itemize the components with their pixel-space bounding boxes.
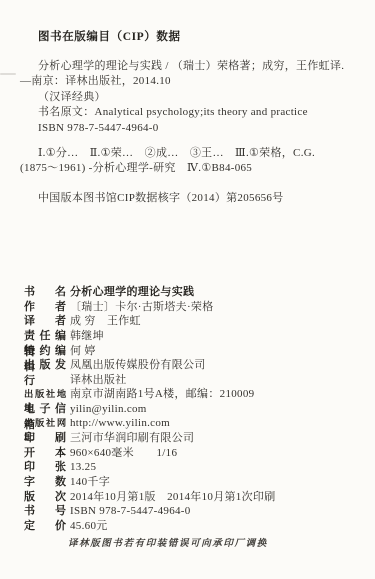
detail-value: 凤凰出版传媒股份有限公司 <box>70 356 206 372</box>
cip-section: 图书在版编目（CIP）数据 分析心理学的理论与实践 / （瑞士）荣格著；成穷，王… <box>20 28 359 206</box>
detail-label: 书名 <box>24 283 66 299</box>
detail-label: 出版发行 <box>24 356 66 388</box>
detail-row: 特约编辑 何 婷 <box>0 342 375 357</box>
cip-classification-line-1: Ⅰ.①分… Ⅱ.①荣… ②成… ③王… Ⅲ.①荣格，C.G. <box>20 146 359 161</box>
detail-row: 出版社地址 南京市湖南路1号A楼，邮编：210009 <box>0 385 375 400</box>
detail-value: 何 婷 <box>70 342 96 358</box>
detail-value: 韩继坤 <box>70 327 104 343</box>
detail-label: 书号 <box>24 502 66 518</box>
detail-row: 版次 2014年10月第1版 2014年10月第1次印刷 <box>0 488 375 503</box>
cip-isbn-line: ISBN 978-7-5447-4964-0 <box>20 121 359 136</box>
detail-value: 960×640毫米 1/16 <box>70 444 177 460</box>
detail-label: 字数 <box>24 473 66 489</box>
detail-row: 出版社网址 http://www.yilin.com <box>0 415 375 430</box>
detail-value: 南京市湖南路1号A楼，邮编：210009 <box>70 385 254 401</box>
detail-row: 开本 960×640毫米 1/16 <box>0 444 375 459</box>
publication-details: 书名 分析心理学的理论与实践 作者 〔瑞士〕卡尔·古斯塔夫·荣格 译者 成 穷 … <box>0 283 375 531</box>
detail-label: 作者 <box>24 298 66 314</box>
reprint-notice: 译林版图书若有印装错误可向承印厂调换 <box>68 535 375 549</box>
detail-value: 译林出版社 <box>70 371 127 387</box>
cip-record-line: 中国版本图书馆CIP数据核字（2014）第205656号 <box>20 191 359 206</box>
detail-label: 印张 <box>24 458 66 474</box>
detail-value: 〔瑞士〕卡尔·古斯塔夫·荣格 <box>70 298 214 314</box>
cip-original-title-line: 书名原文：Analytical psychology;its theory an… <box>20 105 359 120</box>
cip-body: 分析心理学的理论与实践 / （瑞士）荣格著；成穷，王作虹译. —南京：译林出版社… <box>20 59 359 206</box>
cip-classification-line-2: (1875～1961) -分析心理学-研究 Ⅳ.①B84-065 <box>20 161 359 176</box>
detail-value: http://www.yilin.com <box>70 417 170 429</box>
detail-value: 2014年10月第1版 2014年10月第1次印刷 <box>70 488 276 504</box>
cip-series-line: （汉译经典） <box>20 90 359 105</box>
detail-row: 字数 140千字 <box>0 473 375 488</box>
detail-row: 印刷 三河市华润印刷有限公司 <box>0 429 375 444</box>
detail-value: 140千字 <box>70 473 110 489</box>
detail-value: ISBN 978-7-5447-4964-0 <box>70 505 191 517</box>
detail-label: 定价 <box>24 517 66 533</box>
detail-value: 三河市华润印刷有限公司 <box>70 429 194 445</box>
detail-value: 分析心理学的理论与实践 <box>70 283 194 299</box>
detail-value: yilin@yilin.com <box>70 403 147 415</box>
detail-row: 定价 45.60元 <box>0 517 375 532</box>
detail-row: 书名 分析心理学的理论与实践 <box>0 283 375 298</box>
detail-row: 责任编辑 韩继坤 <box>0 327 375 342</box>
detail-label: 开本 <box>24 444 66 460</box>
detail-row: 印张 13.25 <box>0 458 375 473</box>
cip-header: 图书在版编目（CIP）数据 <box>38 28 359 44</box>
detail-row: 作者 〔瑞士〕卡尔·古斯塔夫·荣格 <box>0 298 375 313</box>
detail-row: 书号 ISBN 978-7-5447-4964-0 <box>0 502 375 517</box>
scan-artifact <box>0 73 16 75</box>
copyright-page: 图书在版编目（CIP）数据 分析心理学的理论与实践 / （瑞士）荣格著；成穷，王… <box>0 0 375 579</box>
detail-row: 出版发行 凤凰出版传媒股份有限公司 <box>0 356 375 371</box>
detail-row: 译者 成 穷 王作虹 <box>0 312 375 327</box>
detail-label: 印刷 <box>24 429 66 445</box>
detail-label: 版次 <box>24 488 66 504</box>
detail-value: 45.60元 <box>70 517 108 533</box>
cip-pub-line: —南京：译林出版社，2014.10 <box>20 74 359 89</box>
detail-label: 译者 <box>24 312 66 328</box>
detail-value: 成 穷 王作虹 <box>70 312 141 328</box>
detail-value: 13.25 <box>70 461 96 473</box>
cip-title-line: 分析心理学的理论与实践 / （瑞士）荣格著；成穷，王作虹译. <box>20 59 359 74</box>
detail-row: 电子信箱 yilin@yilin.com <box>0 400 375 415</box>
